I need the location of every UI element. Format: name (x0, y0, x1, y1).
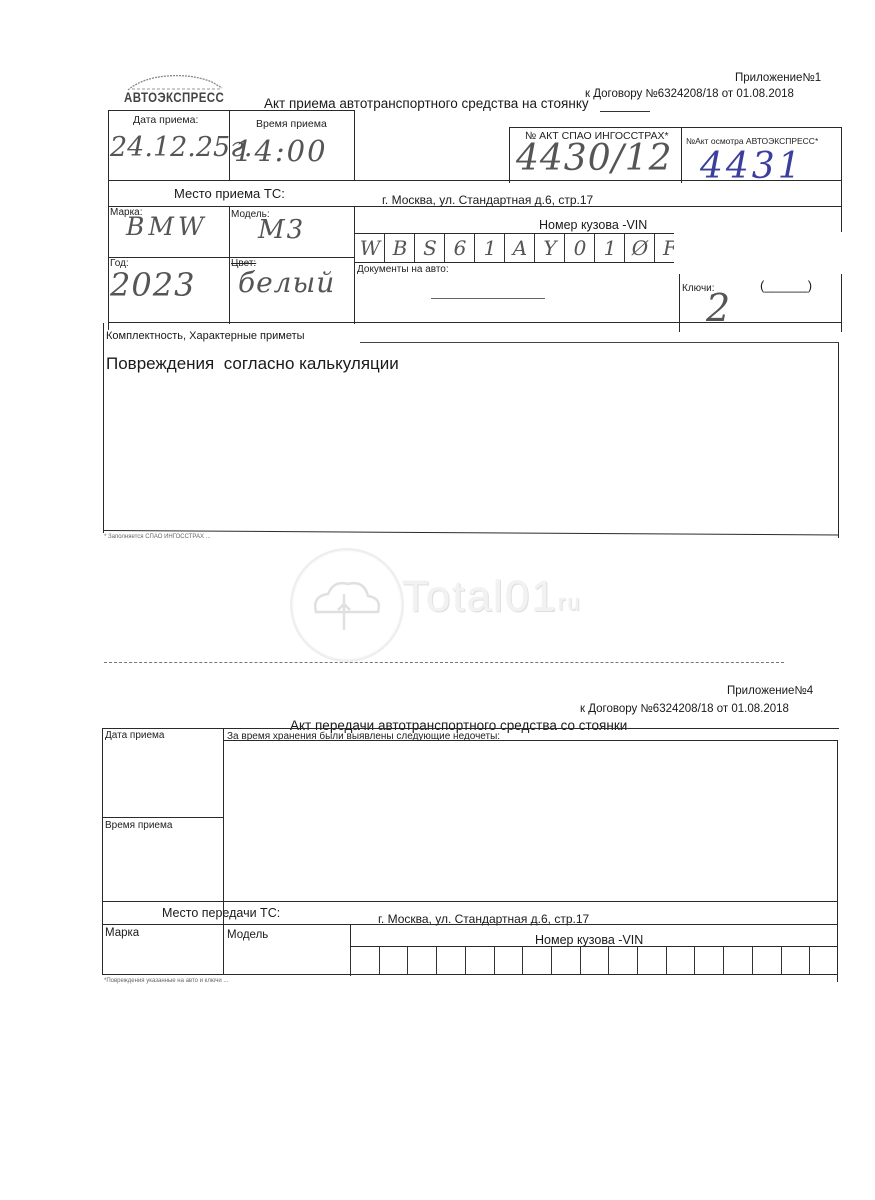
car-cloud-icon (290, 548, 404, 662)
year-value: 2023 (110, 266, 195, 304)
vin-cell: Y (534, 234, 565, 262)
keys-blank: (______) (760, 278, 812, 293)
documents-label: Документы на авто: (357, 264, 449, 275)
vin-cell (350, 947, 380, 975)
vin-cell (723, 947, 753, 975)
vin-cell: 1 (474, 234, 505, 262)
vin-cell (580, 947, 610, 975)
model-label: Модель (227, 929, 268, 941)
date-value: 24.12.25г. (110, 132, 252, 163)
cut-line (104, 662, 784, 664)
keys-value: 2 (706, 286, 732, 330)
brand-value: BMW (126, 212, 208, 241)
vin-grid: WBS61AY01ØF (354, 234, 684, 262)
completeness-label: Комплектность, Характерные приметы (106, 330, 305, 342)
vin-cell (436, 947, 466, 975)
vin-char: Y (535, 236, 565, 260)
vin-cell: Ø (624, 234, 655, 262)
appendix-label: Приложение№4 (727, 685, 813, 697)
vin-char: A (505, 236, 535, 260)
appendix-label: Приложение№1 (735, 72, 821, 84)
vin-cell (407, 947, 437, 975)
vin-char: W (355, 236, 385, 260)
date-label: Дата приема: (133, 114, 198, 126)
ingos-act-value: 4430/12 (516, 138, 673, 179)
vin-label: Номер кузова -VIN (535, 933, 643, 947)
vin-cell: W (354, 234, 385, 262)
vin-cell (465, 947, 495, 975)
vin-cell: 0 (564, 234, 595, 262)
vin-char: 0 (565, 236, 595, 260)
place-value: г. Москва, ул. Стандартная д.6, стр.17 (382, 193, 593, 207)
logo-text: АВТОЭКСПРЕСС (124, 89, 224, 105)
watermark-text: Total01 (402, 572, 558, 622)
contract-reference: к Договору №6324208/18 от 01.08.2018 (580, 703, 789, 715)
vin-char: Ø (625, 236, 655, 260)
vin-cell (666, 947, 696, 975)
vin-cell (551, 947, 581, 975)
vin-grid (350, 947, 838, 975)
vin-cell: A (504, 234, 535, 262)
time-label: Время приема (256, 118, 327, 130)
color-value: белый (238, 266, 335, 299)
vin-char: S (415, 236, 445, 260)
logo: АВТОЭКСПРЕСС (122, 72, 227, 108)
place-label: Место приема ТС: (174, 186, 285, 201)
brand-label: Марка (105, 927, 139, 939)
completeness-value: Повреждения согласно калькуляции (106, 354, 399, 374)
documents-dash (431, 298, 545, 299)
act-title: Акт приема автотранспортного средства на… (264, 96, 589, 111)
vin-char: 1 (595, 236, 625, 260)
vin-cell (494, 947, 524, 975)
vin-cell (637, 947, 667, 975)
act2-footnote: *Повреждения указанные на авто и ключи .… (104, 978, 228, 984)
vin-cell (809, 947, 839, 975)
vin-char: B (385, 236, 415, 260)
vin-cell: 1 (594, 234, 625, 262)
date-label: Дата приема (105, 730, 164, 741)
vin-char: 6 (445, 236, 475, 260)
contract-reference: к Договору №6324208/18 от 01.08.2018 (585, 88, 794, 100)
vin-label: Номер кузова -VIN (539, 218, 647, 232)
defects-label: За время хранения были выявлены следующи… (227, 731, 500, 742)
time-value: 14:00 (234, 134, 328, 168)
vin-cell (752, 947, 782, 975)
vin-cell (781, 947, 811, 975)
vin-cell (379, 947, 409, 975)
model-value: M3 (258, 215, 305, 245)
vin-cell: 6 (444, 234, 475, 262)
vin-cell: B (384, 234, 415, 262)
title-underline (600, 111, 650, 112)
vin-cell (608, 947, 638, 975)
vin-char: 1 (475, 236, 505, 260)
vin-cell (522, 947, 552, 975)
place-label: Место передачи ТС: (162, 906, 280, 920)
vin-cell (694, 947, 724, 975)
inspect-act-label: №Акт осмотра АВТОЭКСПРЕСС* (686, 136, 818, 146)
act1-footnote: * Заполняется СПАО ИНГОССТРАХ ... (104, 534, 211, 540)
watermark-suffix: .ru (550, 590, 582, 616)
vin-cell: S (414, 234, 445, 262)
time-label: Время приема (105, 820, 172, 831)
redaction-block (674, 232, 844, 274)
